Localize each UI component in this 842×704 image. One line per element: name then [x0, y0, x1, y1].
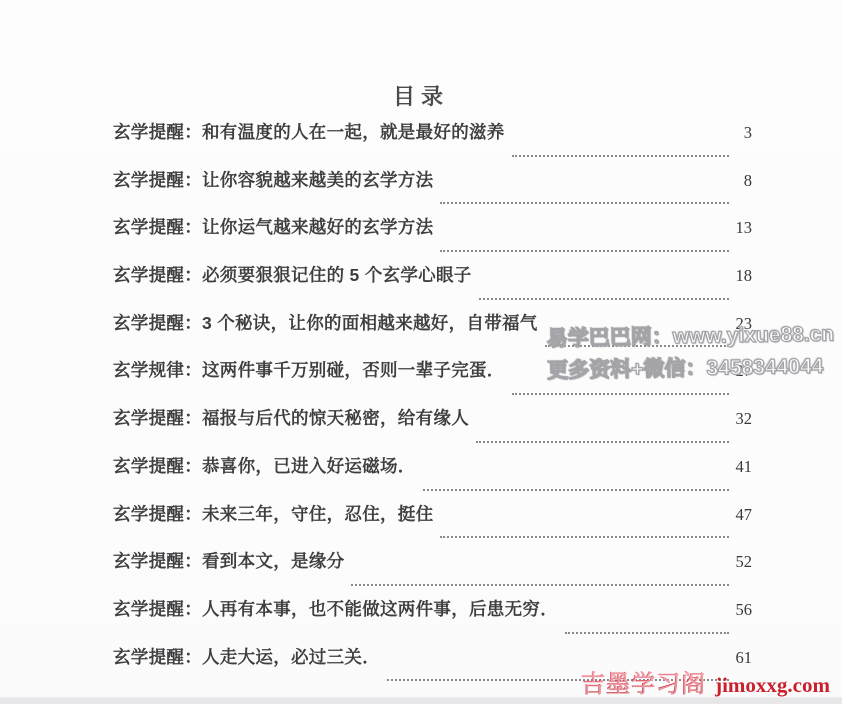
toc-dot-leader: [440, 202, 729, 204]
toc-dot-leader: [423, 489, 729, 491]
toc-entry-title: 玄学提醒：未来三年，守住，忍住，挺住: [113, 501, 433, 526]
toc-entry-title: 玄学提醒：让你运气越来越好的玄学方法: [113, 214, 433, 239]
toc-dot-leader: [440, 536, 729, 538]
toc-entry-title: 玄学规律：这两件事千万别碰，否则一辈子完蛋．: [113, 357, 505, 382]
toc-page-number: 27: [732, 361, 752, 381]
toc-entry-title: 玄学提醒：和有温度的人在一起，就是最好的滋养: [113, 119, 505, 144]
toc-entry: 玄学提醒：看到本文，是缘分 52: [113, 548, 752, 596]
toc-entry-title: 玄学提醒：看到本文，是缘分: [113, 548, 344, 573]
toc-page-number: 41: [732, 457, 752, 477]
toc-dot-leader: [479, 298, 729, 300]
toc-entry-title: 玄学提醒：3 个秘诀，让你的面相越来越好，自带福气: [113, 310, 538, 335]
toc-entry: 玄学提醒：恭喜你，已进入好运磁场． 41: [113, 453, 752, 501]
toc-entry: 玄学规律：这两件事千万别碰，否则一辈子完蛋． 27: [113, 357, 752, 405]
toc-entry: 玄学提醒：和有温度的人在一起，就是最好的滋养 3: [113, 119, 752, 167]
toc-entry-title: 玄学提醒：恭喜你，已进入好运磁场．: [113, 453, 416, 478]
toc-entry-title: 玄学提醒：福报与后代的惊天秘密，给有缘人: [113, 405, 469, 430]
toc-dot-leader: [476, 441, 729, 443]
toc-dot-leader: [545, 345, 729, 347]
toc-entry: 玄学提醒：人再有本事，也不能做这两件事，后患无穷． 56: [113, 596, 752, 644]
toc-entry: 玄学提醒：未来三年，守住，忍住，挺住 47: [113, 501, 752, 549]
table-of-contents: 玄学提醒：和有温度的人在一起，就是最好的滋养 3 玄学提醒：让你容貌越来越美的玄…: [113, 119, 752, 691]
toc-entry-title: 玄学提醒：人再有本事，也不能做这两件事，后患无穷．: [113, 596, 558, 621]
toc-entry-title: 玄学提醒：必须要狠狠记住的 5 个玄学心眼子: [113, 262, 472, 287]
toc-dot-leader: [512, 155, 729, 157]
toc-page-number: 18: [732, 266, 752, 286]
brand-site-url: jimoxxg.com: [715, 673, 830, 698]
toc-page-number: 52: [732, 552, 752, 572]
toc-page-number: 47: [732, 505, 752, 525]
toc-entry: 玄学提醒：必须要狠狠记住的 5 个玄学心眼子 18: [113, 262, 752, 310]
toc-dot-leader: [440, 250, 729, 252]
toc-entry-title: 玄学提醒：人走大运，必过三关．: [113, 644, 380, 669]
toc-dot-leader: [351, 584, 729, 586]
toc-page-number: 8: [732, 171, 752, 191]
page-title: 目录: [0, 80, 842, 111]
toc-entry-title: 玄学提醒：让你容貌越来越美的玄学方法: [113, 167, 433, 192]
toc-entry: 玄学提醒：让你运气越来越好的玄学方法 13: [113, 214, 752, 262]
toc-page-number: 32: [732, 409, 752, 429]
toc-page-number: 13: [732, 218, 752, 238]
toc-page-number: 3: [732, 123, 752, 143]
toc-dot-leader: [512, 393, 729, 395]
toc-page-number: 56: [732, 600, 752, 620]
toc-dot-leader: [565, 632, 729, 634]
brand-name-text: 吉墨学习阁: [581, 664, 706, 699]
bottom-edge-band: [0, 697, 842, 704]
toc-page-number: 23: [732, 314, 752, 334]
toc-entry: 玄学提醒：让你容貌越来越美的玄学方法 8: [113, 167, 752, 215]
footer-brand: 吉墨学习阁 jimoxxg.com: [581, 664, 830, 699]
toc-entry: 玄学提醒：福报与后代的惊天秘密，给有缘人 32: [113, 405, 752, 453]
scanned-document-page: 目录 玄学提醒：和有温度的人在一起，就是最好的滋养 3 玄学提醒：让你容貌越来越…: [0, 0, 842, 704]
toc-entry: 玄学提醒：3 个秘诀，让你的面相越来越好，自带福气 23: [113, 310, 752, 358]
